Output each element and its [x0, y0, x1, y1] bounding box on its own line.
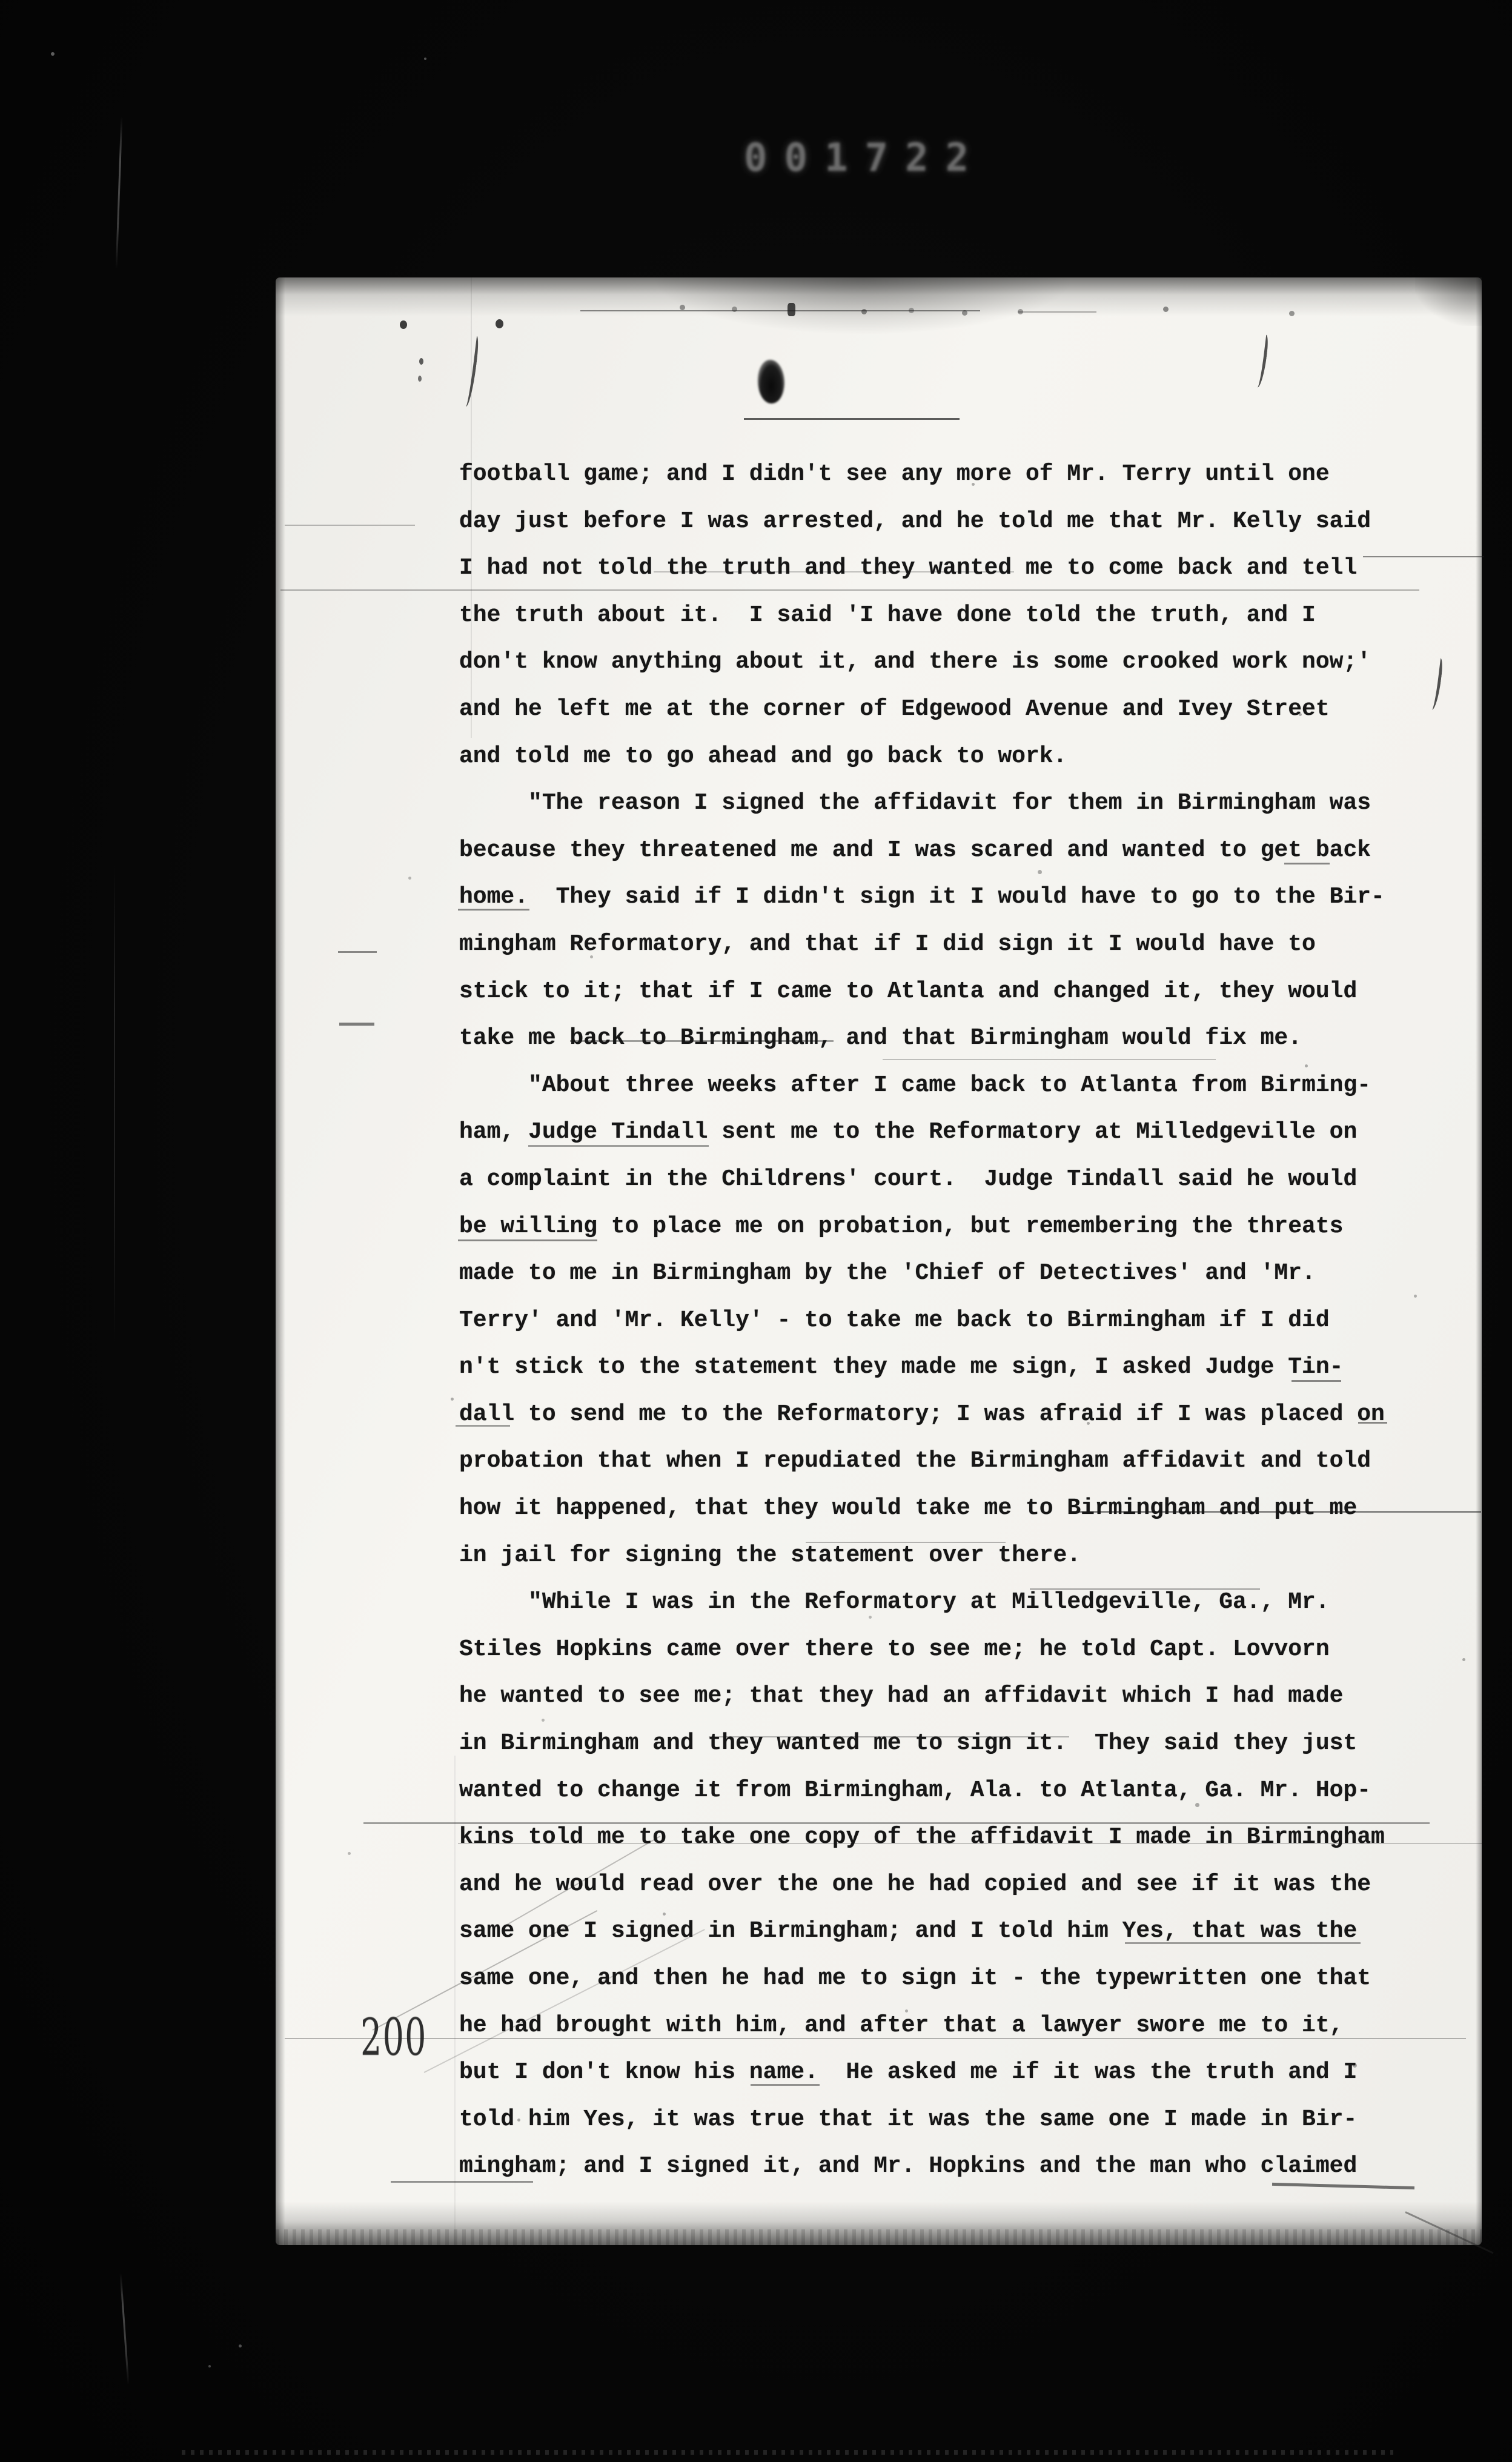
scan-artifact: [1018, 311, 1096, 313]
text-line: I had not told the truth and they wanted…: [459, 545, 1385, 592]
film-scratch: [116, 116, 123, 269]
text-line: be willing to place me on probation, but…: [459, 1203, 1385, 1250]
text-line: probation that when I repudiated the Bir…: [459, 1438, 1385, 1485]
text-line: wanted to change it from Birmingham, Ala…: [459, 1767, 1385, 1814]
film-scratch: [114, 865, 115, 1344]
text-line: "About three weeks after I came back to …: [459, 1062, 1385, 1109]
text-line: kins told me to take one copy of the aff…: [459, 1814, 1385, 1861]
text-line: stick to it; that if I came to Atlanta a…: [459, 968, 1385, 1015]
text-line: Terry' and 'Mr. Kelly' - to take me back…: [459, 1297, 1385, 1344]
text-line: take me back to Birmingham, and that Bir…: [459, 1015, 1385, 1062]
scan-smudge: [1415, 277, 1482, 326]
ink-speck: [496, 319, 503, 328]
text-line: "The reason I signed the affidavit for t…: [459, 780, 1385, 827]
page-fold-line: [454, 1756, 456, 2245]
ink-speck: [400, 320, 407, 329]
text-line: how it happened, that they would take me…: [459, 1485, 1385, 1532]
page-edge-shadow: [276, 2202, 1482, 2245]
text-line: in Birmingham and they wanted me to sign…: [459, 1720, 1385, 1767]
text-line: day just before I was arrested, and he t…: [459, 498, 1385, 545]
film-scratch: [120, 2273, 130, 2385]
text-line: a complaint in the Childrens' court. Jud…: [459, 1156, 1385, 1203]
text-line: and he left me at the corner of Edgewood…: [459, 686, 1385, 733]
text-line: because they threatened me and I was sca…: [459, 827, 1385, 874]
film-dust-speck: [424, 58, 426, 60]
scan-noise: [276, 2229, 1482, 2245]
text-line: told him Yes, it was true that it was th…: [459, 2096, 1385, 2143]
text-line: and told me to go ahead and go back to w…: [459, 733, 1385, 780]
text-line: he had brought with him, and after that …: [459, 2002, 1385, 2049]
pencil-scratch: [1405, 2211, 1493, 2254]
ink-blob: [758, 360, 784, 403]
text-line: home. They said if I didn't sign it I wo…: [459, 874, 1385, 921]
ink-squiggle: [1255, 334, 1270, 388]
text-line: "While I was in the Reformatory at Mille…: [459, 1579, 1385, 1626]
page-edge-shadow: [276, 277, 285, 2245]
ink-speck: [419, 358, 423, 365]
text-line: Stiles Hopkins came over there to see me…: [459, 1626, 1385, 1673]
typewritten-text: football game; and I didn't see any more…: [459, 451, 1385, 2190]
film-dust-speck: [208, 2365, 211, 2367]
text-line: but I don't know his name. He asked me i…: [459, 2049, 1385, 2096]
text-line: n't stick to the statement they made me …: [459, 1344, 1385, 1391]
film-dust-speck: [239, 2344, 242, 2348]
ink-speck: [418, 376, 422, 382]
scan-artifact: [338, 951, 377, 953]
ink-speck: [787, 303, 795, 316]
text-line: dall to send me to the Reformatory; I wa…: [459, 1391, 1385, 1438]
scan-artifact: [285, 525, 415, 526]
text-line: same one, and then he had me to sign it …: [459, 1955, 1385, 2002]
document-page: 200 football game; and I didn't see any …: [276, 277, 1482, 2245]
text-line: don't know anything about it, and there …: [459, 639, 1385, 686]
scan-artifact: [580, 310, 980, 311]
text-line: football game; and I didn't see any more…: [459, 451, 1385, 498]
text-line: and he would read over the one he had co…: [459, 1861, 1385, 1908]
scan-artifact: [744, 418, 960, 420]
text-line: same one I signed in Birmingham; and I t…: [459, 1908, 1385, 1955]
ink-squiggle: [1429, 657, 1444, 710]
film-dust-speck: [51, 52, 55, 56]
frame-number-stamp: 001722: [744, 136, 986, 181]
text-line: made to me in Birmingham by the 'Chief o…: [459, 1250, 1385, 1297]
text-line: mingham; and I signed it, and Mr. Hopkin…: [459, 2143, 1385, 2190]
photostat-scan: 001722: [0, 0, 1512, 2462]
film-edge-streak: [182, 2450, 1393, 2455]
text-line: ham, Judge Tindall sent me to the Reform…: [459, 1109, 1385, 1156]
text-line: in jail for signing the statement over t…: [459, 1532, 1385, 1579]
scan-artifact: [339, 1023, 374, 1026]
paper-speckles: [276, 277, 277, 279]
scan-smudge: [651, 277, 1075, 335]
text-line: the truth about it. I said 'I have done …: [459, 592, 1385, 639]
text-line: mingham Reformatory, and that if I did s…: [459, 921, 1385, 968]
page-edge-shadow: [1476, 277, 1482, 2245]
page-number-stamp: 200: [360, 2008, 427, 2067]
text-line: he wanted to see me; that they had an af…: [459, 1673, 1385, 1720]
